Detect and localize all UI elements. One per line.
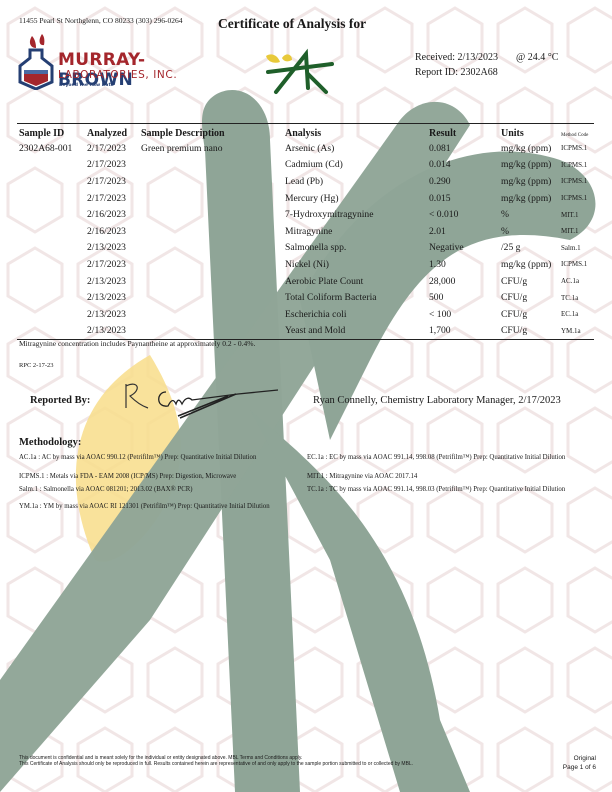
cell-description bbox=[139, 206, 283, 223]
cell-sample-id bbox=[17, 223, 85, 240]
cell-units: mg/kg (ppm) bbox=[499, 157, 559, 174]
mitragynine-note: Mitragynine concentration includes Payna… bbox=[19, 339, 255, 348]
page-status: Original Page 1 of 6 bbox=[560, 754, 596, 772]
cell-result: 0.015 bbox=[427, 190, 499, 207]
table-row: 2/17/2023Cadmium (Cd)0.014mg/kg (ppm)ICP… bbox=[17, 157, 594, 174]
table-row: 2302A68-0012/17/2023Green premium nanoAr… bbox=[17, 140, 594, 157]
cell-result: Negative bbox=[427, 240, 499, 257]
cell-method: MIT.1 bbox=[559, 223, 594, 240]
table-row: 2/17/2023Nickel (Ni)1.30mg/kg (ppm)ICPMS… bbox=[17, 256, 594, 273]
cell-result: < 0.010 bbox=[427, 206, 499, 223]
report-id: Report ID: 2302A68 bbox=[415, 67, 498, 78]
table-row: 2/13/2023Yeast and Mold1,700CFU/gYM.1a bbox=[17, 323, 594, 340]
reported-by-label: Reported By: bbox=[30, 395, 90, 406]
received-info: Received: 2/13/2023@ 24.4 °C bbox=[415, 52, 558, 63]
cell-description bbox=[139, 157, 283, 174]
cell-analysis: Escherichia coli bbox=[283, 306, 427, 323]
cell-description bbox=[139, 173, 283, 190]
cell-analysis: 7-Hydroxymitragynine bbox=[283, 206, 427, 223]
cell-analyzed: 2/17/2023 bbox=[85, 157, 139, 174]
client-logo bbox=[262, 48, 342, 98]
cell-analyzed: 2/13/2023 bbox=[85, 273, 139, 290]
cell-units: % bbox=[499, 206, 559, 223]
cell-method: Salm.1 bbox=[559, 240, 594, 257]
cell-analyzed: 2/13/2023 bbox=[85, 306, 139, 323]
cell-analysis: Yeast and Mold bbox=[283, 323, 427, 340]
document-title: Certificate of Analysis for bbox=[218, 16, 366, 32]
cell-result: 0.081 bbox=[427, 140, 499, 157]
cell-result: < 100 bbox=[427, 306, 499, 323]
table-row: 2/16/20237-Hydroxymitragynine< 0.010%MIT… bbox=[17, 206, 594, 223]
signer-name: Ryan Connelly, Chemistry Laboratory Mana… bbox=[313, 395, 561, 406]
cell-method: ICPMS.1 bbox=[559, 173, 594, 190]
cell-method: AC.1a bbox=[559, 273, 594, 290]
cell-description bbox=[139, 306, 283, 323]
cell-sample-id bbox=[17, 289, 85, 306]
cell-description bbox=[139, 190, 283, 207]
cell-sample-id bbox=[17, 306, 85, 323]
method-ec1a: EC.1a : EC by mass via AOAC 991.14, 998.… bbox=[307, 454, 577, 462]
method-salm1: Salm.1 : Salmonella via AOAC 081201; 201… bbox=[19, 486, 289, 494]
footer-line-2: This Certificate of Analysis should only… bbox=[19, 761, 413, 767]
lab-address: 11455 Pearl St Northglenn, CO 80233 (303… bbox=[19, 16, 182, 25]
signature-image bbox=[118, 378, 288, 428]
cell-units: CFU/g bbox=[499, 289, 559, 306]
cell-method: MIT.1 bbox=[559, 206, 594, 223]
methodology-heading: Methodology: bbox=[19, 437, 81, 448]
cell-analysis: Mercury (Hg) bbox=[283, 190, 427, 207]
cell-analyzed: 2/13/2023 bbox=[85, 323, 139, 340]
col-units: Units bbox=[499, 124, 559, 141]
cell-sample-id bbox=[17, 190, 85, 207]
cell-analysis: Salmonella spp. bbox=[283, 240, 427, 257]
cell-sample-id: 2302A68-001 bbox=[17, 140, 85, 157]
col-description: Sample Description bbox=[139, 124, 283, 141]
cell-description: Green premium nano bbox=[139, 140, 283, 157]
table-row: 2/13/2023Total Coliform Bacteria500CFU/g… bbox=[17, 289, 594, 306]
method-tc1a: TC.1a : TC by mass via AOAC 991.14, 998.… bbox=[307, 486, 577, 494]
cell-analyzed: 2/17/2023 bbox=[85, 173, 139, 190]
method-mit1: MIT.1 : Mitragynine via AOAC 2017.14 bbox=[307, 473, 577, 481]
cell-method: ICPMS.1 bbox=[559, 157, 594, 174]
cell-analysis: Total Coliform Bacteria bbox=[283, 289, 427, 306]
cell-method: ICPMS.1 bbox=[559, 190, 594, 207]
cell-units: % bbox=[499, 223, 559, 240]
cell-description bbox=[139, 223, 283, 240]
cell-units: mg/kg (ppm) bbox=[499, 140, 559, 157]
cell-sample-id bbox=[17, 206, 85, 223]
cell-units: /25 g bbox=[499, 240, 559, 257]
cell-description bbox=[139, 240, 283, 257]
cell-method: TC.1a bbox=[559, 289, 594, 306]
cell-sample-id bbox=[17, 240, 85, 257]
method-ac1a: AC.1a : AC by mass via AOAC 990.12 (Petr… bbox=[19, 454, 289, 462]
cell-result: 1.30 bbox=[427, 256, 499, 273]
cell-units: mg/kg (ppm) bbox=[499, 256, 559, 273]
cell-sample-id bbox=[17, 256, 85, 273]
footer-disclaimer: This document is confidential and is mea… bbox=[19, 755, 413, 767]
document-status: Original bbox=[560, 754, 596, 763]
cell-analyzed: 2/17/2023 bbox=[85, 190, 139, 207]
received-date: 2/13/2023 bbox=[457, 52, 498, 63]
cell-analyzed: 2/17/2023 bbox=[85, 140, 139, 157]
method-icpms1: ICPMS.1 : Metals via FDA - EAM 2008 (ICP… bbox=[19, 473, 289, 481]
method-ym1a: YM.1a : YM by mass via AOAC RI 121301 (P… bbox=[19, 503, 289, 511]
cell-analysis: Nickel (Ni) bbox=[283, 256, 427, 273]
cell-result: 2.01 bbox=[427, 223, 499, 240]
lab-logo: MURRAY-BROWN LABORATORIES, INC. Beyond t… bbox=[16, 32, 206, 90]
col-result: Result bbox=[427, 124, 499, 141]
table-row: 2/13/2023Aerobic Plate Count28,000CFU/gA… bbox=[17, 273, 594, 290]
table-header-row: Sample ID Analyzed Sample Description An… bbox=[17, 124, 594, 141]
cell-units: CFU/g bbox=[499, 306, 559, 323]
table-row: 2/16/2023Mitragynine2.01%MIT.1 bbox=[17, 223, 594, 240]
cell-units: CFU/g bbox=[499, 323, 559, 340]
cell-method: ICPMS.1 bbox=[559, 256, 594, 273]
table-row: 2/17/2023Lead (Pb)0.290mg/kg (ppm)ICPMS.… bbox=[17, 173, 594, 190]
cell-analysis: Aerobic Plate Count bbox=[283, 273, 427, 290]
cell-sample-id bbox=[17, 157, 85, 174]
col-analyzed: Analyzed bbox=[85, 124, 139, 141]
rpc-initials: RPC 2-17-23 bbox=[19, 362, 54, 369]
cell-sample-id bbox=[17, 173, 85, 190]
cell-analyzed: 2/13/2023 bbox=[85, 289, 139, 306]
cell-description bbox=[139, 289, 283, 306]
col-analysis: Analysis bbox=[283, 124, 427, 141]
cell-method: ICPMS.1 bbox=[559, 140, 594, 157]
col-method-code: Method Code bbox=[559, 124, 594, 141]
lab-subtitle: LABORATORIES, INC. bbox=[58, 69, 177, 81]
page-number: Page 1 of 6 bbox=[560, 763, 596, 772]
cell-result: 28,000 bbox=[427, 273, 499, 290]
cell-analysis: Arsenic (As) bbox=[283, 140, 427, 157]
cell-analyzed: 2/17/2023 bbox=[85, 256, 139, 273]
cell-units: mg/kg (ppm) bbox=[499, 173, 559, 190]
cell-method: EC.1a bbox=[559, 306, 594, 323]
cell-units: CFU/g bbox=[499, 273, 559, 290]
cell-analyzed: 2/13/2023 bbox=[85, 240, 139, 257]
cell-result: 1,700 bbox=[427, 323, 499, 340]
cell-method: YM.1a bbox=[559, 323, 594, 340]
table-row: 2/13/2023Salmonella spp.Negative/25 gSal… bbox=[17, 240, 594, 257]
cell-analyzed: 2/16/2023 bbox=[85, 223, 139, 240]
table-row: 2/13/2023Escherichia coli< 100CFU/gEC.1a bbox=[17, 306, 594, 323]
cell-units: mg/kg (ppm) bbox=[499, 190, 559, 207]
cell-result: 0.290 bbox=[427, 173, 499, 190]
cell-analysis: Lead (Pb) bbox=[283, 173, 427, 190]
cell-analyzed: 2/16/2023 bbox=[85, 206, 139, 223]
flask-icon bbox=[16, 32, 56, 90]
table-row: 2/17/2023Mercury (Hg)0.015mg/kg (ppm)ICP… bbox=[17, 190, 594, 207]
col-sample-id: Sample ID bbox=[17, 124, 85, 141]
cell-description bbox=[139, 256, 283, 273]
cell-sample-id bbox=[17, 273, 85, 290]
cell-result: 500 bbox=[427, 289, 499, 306]
cell-analysis: Cadmium (Cd) bbox=[283, 157, 427, 174]
cell-description bbox=[139, 323, 283, 340]
cell-analysis: Mitragynine bbox=[283, 223, 427, 240]
cell-result: 0.014 bbox=[427, 157, 499, 174]
temperature: @ 24.4 °C bbox=[516, 52, 558, 63]
cell-description bbox=[139, 273, 283, 290]
cell-sample-id bbox=[17, 323, 85, 340]
results-table: Sample ID Analyzed Sample Description An… bbox=[17, 123, 594, 340]
lab-tagline: Beyond the Raw Data bbox=[59, 83, 114, 88]
